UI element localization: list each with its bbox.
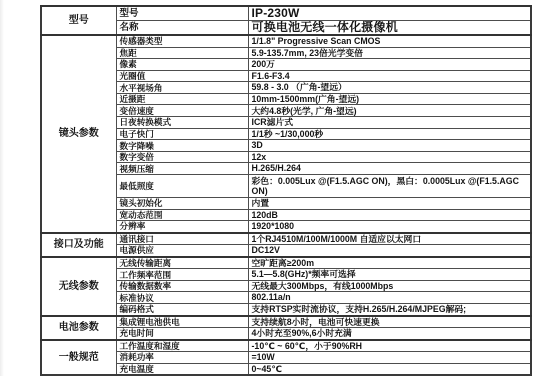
- section-label: 型号: [41, 6, 116, 35]
- param-name-cell: 像素: [116, 59, 248, 71]
- param-value-cell: H.265/H.264: [248, 163, 531, 175]
- param-name-cell: 日夜转换模式: [116, 117, 248, 129]
- param-name-cell: 视频压缩: [116, 163, 248, 175]
- param-name-cell: 数字变倍: [116, 151, 248, 163]
- param-name-cell: 传感器类型: [116, 35, 248, 47]
- spec-row: 电池参数集成锂电池供电支持续航8小时，电池可快速更换: [41, 316, 531, 328]
- param-value-cell: ICR滤片式: [248, 117, 531, 129]
- param-name-cell: 充电时间: [116, 328, 248, 340]
- param-name-cell: 编码格式: [116, 304, 248, 316]
- param-value-cell: 59.8 - 3.0 （广角-望远）: [248, 82, 531, 94]
- param-name-cell: 分辨率: [116, 221, 248, 233]
- param-name-cell: 变倍速度: [116, 105, 248, 117]
- param-value-cell: 1920*1080: [248, 221, 531, 233]
- param-name-cell: 数字降噪: [116, 140, 248, 152]
- param-name-cell: 通讯接口: [116, 233, 248, 245]
- section-label: 镜头参数: [41, 35, 116, 233]
- param-value-cell: 4小时充至90%,6小时充满: [248, 328, 531, 340]
- param-value-cell: 5.9-135.7mm, 23倍光学变倍: [248, 47, 531, 59]
- spec-table-body: 型号型号IP-230W名称可换电池无线一体化摄像机镜头参数传感器类型1/1.8"…: [41, 6, 531, 375]
- param-name-cell: 最低照度: [116, 175, 248, 198]
- param-value-cell: 彩色：0.005Lux @(F1.5.AGC ON)，黑白：0.0005Lux …: [248, 175, 531, 198]
- spec-row: 接口及功能通讯接口1个RJ4510M/100M/1000M 自适应以太网口: [41, 233, 531, 245]
- param-value-cell: 1/1.8" Progressive Scan CMOS: [248, 35, 531, 47]
- spec-table: 型号型号IP-230W名称可换电池无线一体化摄像机镜头参数传感器类型1/1.8"…: [40, 5, 532, 376]
- param-value-cell: 12x: [248, 151, 531, 163]
- param-name-cell: 工作温度和湿度: [116, 340, 248, 352]
- section-label: 一般规范: [41, 340, 116, 376]
- param-name-cell: 工作频率范围: [116, 269, 248, 281]
- param-name-cell: 无线传输距离: [116, 257, 248, 269]
- param-name-cell: 镜头初始化: [116, 198, 248, 210]
- param-value-cell: F1.6-F3.4: [248, 70, 531, 82]
- param-value-cell: 支持RTSP实时流协议，支持H.265/H.264/MJPEG解码;: [248, 304, 531, 316]
- spec-row: 一般规范工作温度和湿度-10℃ ~ 60℃，小于90%RH: [41, 340, 531, 352]
- param-name-cell: 水平视场角: [116, 82, 248, 94]
- param-name-cell: 电源供应: [116, 245, 248, 257]
- param-value-cell: 1个RJ4510M/100M/1000M 自适应以太网口: [248, 233, 531, 245]
- param-name-cell: 型号: [116, 6, 248, 21]
- param-value-cell: 可换电池无线一体化摄像机: [248, 21, 531, 36]
- param-value-cell: 200万: [248, 59, 531, 71]
- param-name-cell: 传输数据数率: [116, 280, 248, 292]
- param-name-cell: 焦距: [116, 47, 248, 59]
- param-value-cell: -10℃ ~ 60℃，小于90%RH: [248, 340, 531, 352]
- spec-row: 无线参数无线传输距离空旷距离≥200m: [41, 257, 531, 269]
- spec-row: 镜头参数传感器类型1/1.8" Progressive Scan CMOS: [41, 35, 531, 47]
- param-value-cell: 内置: [248, 198, 531, 210]
- spec-sheet: 型号型号IP-230W名称可换电池无线一体化摄像机镜头参数传感器类型1/1.8"…: [40, 5, 532, 376]
- section-label: 接口及功能: [41, 233, 116, 257]
- param-name-cell: 集成锂电池供电: [116, 316, 248, 328]
- param-value-cell: 802.11a/n: [248, 292, 531, 304]
- param-name-cell: 标准协议: [116, 292, 248, 304]
- param-name-cell: 消耗功率: [116, 352, 248, 364]
- param-value-cell: DC12V: [248, 245, 531, 257]
- param-name-cell: 名称: [116, 21, 248, 36]
- spec-row: 型号型号IP-230W: [41, 6, 531, 21]
- param-value-cell: 支持续航8小时，电池可快速更换: [248, 316, 531, 328]
- param-value-cell: 大约4.8秒(光学, 广角-望远): [248, 105, 531, 117]
- param-value-cell: 0~45℃: [248, 363, 531, 375]
- section-label: 无线参数: [41, 257, 116, 316]
- page-left-edge-shadow: [0, 0, 4, 376]
- param-name-cell: 电子快门: [116, 128, 248, 140]
- param-name-cell: 充电温度: [116, 363, 248, 375]
- param-value-cell: 10mm-1500mm(广角-望远): [248, 93, 531, 105]
- param-name-cell: 近摄距: [116, 93, 248, 105]
- param-value-cell: =10W: [248, 352, 531, 364]
- param-value-cell: 无线最大300Mbps，有线1000Mbps: [248, 280, 531, 292]
- param-value-cell: 空旷距离≥200m: [248, 257, 531, 269]
- param-name-cell: 光圈值: [116, 70, 248, 82]
- param-value-cell: 3D: [248, 140, 531, 152]
- param-value-cell: 1/1秒 ~1/30,000秒: [248, 128, 531, 140]
- param-name-cell: 宽动态范围: [116, 209, 248, 221]
- param-value-cell: 120dB: [248, 209, 531, 221]
- section-label: 电池参数: [41, 316, 116, 340]
- param-value-cell: 5.1—5.8(GHz)*频率可选择: [248, 269, 531, 281]
- param-value-cell: IP-230W: [248, 6, 531, 21]
